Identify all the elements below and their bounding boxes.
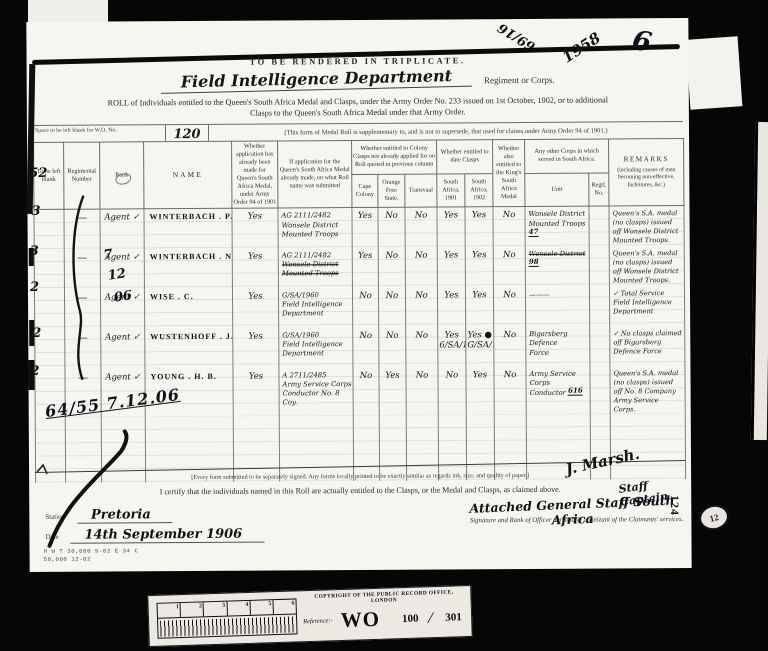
date-value-handwritten: 14th September 1906 (70, 527, 264, 544)
pro-reference-stamp: 1 2 3 4 5 6 COPYRIGHT OF THE PUBLIC RECO… (147, 585, 472, 647)
cell-regimental-number: — (64, 290, 100, 330)
header-remarks-subtitle: (including causes of men becoming non-ef… (610, 167, 682, 190)
date-label: Date (45, 533, 58, 541)
ruler-number: 1 (158, 603, 182, 618)
header-cape-colony: Cape Colony (352, 174, 378, 208)
cell-name: WUSTENHOFF . J.F. (145, 329, 233, 370)
ruler-number: 5 (250, 600, 274, 615)
scan-paper-edge (686, 36, 743, 109)
ruler-scale: 1 2 3 4 5 6 (157, 598, 298, 638)
scan-adjacent-page-sliver (751, 122, 768, 440)
cell-name: WINTERBACH . P. (144, 209, 232, 250)
cell-orange-free-state: Yes (379, 368, 406, 416)
stamp-reference-block: COPYRIGHT OF THE PUBLIC RECORD OFFICE, L… (296, 586, 471, 641)
cell-transvaal: No (405, 207, 437, 247)
cell-sa-1901: Yes (437, 287, 465, 327)
unit-number-note: 47 (529, 227, 539, 237)
station-row: Station Pretoria (45, 507, 172, 523)
margin-date-month: 12 (107, 266, 127, 283)
cell-transvaal: No (406, 367, 438, 415)
cell-regtl-no (589, 206, 609, 246)
header-sa-1902: South Africa, 1902 (465, 173, 493, 207)
medal-roll-page: 69/16 1958 6 52 3 3 2 2 2 7 12 06 64/55 … (26, 18, 691, 572)
reference-series: WO (340, 607, 380, 633)
cell-regtl-no (589, 246, 609, 286)
roll-text: AG 2111/2482 (282, 251, 331, 259)
printer-marks-line2: 50,000 12-02 (44, 556, 139, 565)
header-remarks-title: REMARKS (610, 155, 682, 165)
header-other-corps-group: Any other Corps in which served in South… (525, 139, 609, 173)
reference-piece-number: 100 (402, 612, 419, 625)
cell-roll-submitted: G/SA/1960 Field Intelligence Department (279, 328, 353, 368)
cell-name: WINTERBACH . N.J.V.B.W. (144, 249, 232, 290)
regiment-or-corps-label: Regiment or Corps. (484, 75, 555, 85)
cell-regtl-no (590, 326, 610, 366)
cell-ksa-medal: No (494, 367, 526, 415)
ruler-ticks (160, 617, 294, 637)
certification-footer: [Every form submitted to be separately s… (29, 464, 692, 572)
ruler-number: 4 (227, 601, 251, 616)
cell-transvaal: No (406, 327, 438, 367)
ruler-number: 2 (181, 602, 205, 617)
margin-number: 2 (30, 280, 39, 295)
officer-unit-handwritten: Attached General Staff South Africa (457, 492, 688, 531)
cell-orange-free-state: No (378, 248, 405, 288)
unit-number-note: 616 (568, 386, 583, 396)
unit-text: Wonsele District Mounted Troops (529, 210, 586, 228)
cell-cape-colony: No (352, 288, 378, 328)
cell-remarks: ✓ Total Service Field Intelligence Depar… (609, 286, 684, 326)
pro-copyright-line: COPYRIGHT OF THE PUBLIC RECORD OFFICE, L… (302, 589, 465, 606)
cell-orange-free-state: No (378, 208, 405, 248)
cell-application-made: Yes (233, 368, 279, 416)
reference-item-number: 301 (445, 611, 462, 624)
cell-application-made: Yes (233, 328, 279, 368)
reference-label: Reference:- (303, 617, 333, 625)
cell-regtl-no (590, 366, 610, 414)
table-row: — Agent ✓ WINTERBACH . P. Yes AG 2111/24… (34, 206, 684, 250)
reference-slash: / (427, 607, 435, 628)
table-row: — Agent ✓ WUSTENHOFF . J.F. Yes G/SA/196… (35, 326, 685, 370)
cell-sa-1901: Yes 6/SA/1748 (438, 327, 466, 367)
cell-remarks: Queen's S.A. medal (no clasps) issued of… (609, 246, 684, 286)
cell-unit: Wonsele District 98 (525, 247, 589, 287)
cell-regimental-number: — (65, 330, 101, 370)
cell-transvaal: No (405, 287, 437, 327)
cell-sa-1902: Yes ● G/SA/1913 (466, 327, 494, 367)
wo-number-handwritten: 120 (173, 127, 200, 142)
cell-transvaal: No (405, 247, 437, 287)
cell-ksa-medal: No (494, 327, 526, 367)
wo-space-note: Space to be left blank for W.O. No. (33, 125, 165, 142)
cell-roll-submitted: AG 2111/2482Wonsele District Mounted Tro… (278, 248, 352, 288)
cell-cape-colony: Yes (352, 248, 378, 288)
cell-roll-submitted: AG 2111/2482 Wonsele District Mounted Tr… (278, 208, 352, 248)
cell-sa-1901: Yes (437, 207, 465, 247)
station-label: Station (45, 513, 65, 521)
cell-application-made: Yes (232, 248, 278, 288)
cell-sa-1901: Yes (437, 247, 465, 287)
cell-rank: Agent ✓ (100, 209, 144, 249)
margin-number: 2 (32, 326, 41, 341)
printer-marks: H W T 30,000 9-02 E 34 C 50,000 12-02 (44, 547, 139, 564)
ruler-number: 6 (273, 599, 296, 614)
cell-application-made: Yes (232, 208, 278, 248)
margin-date-day: 7 (103, 247, 114, 263)
margin-date-year: 06 (113, 288, 133, 305)
table-row: — Agent ✓ WINTERBACH . N.J.V.B.W. Yes AG… (34, 246, 684, 290)
cell-unit: Bigarsberg Defence Force (526, 327, 590, 367)
cell-sa-1901: No (438, 367, 466, 415)
printer-marks-line1: H W T 30,000 9-02 E 34 C (44, 547, 139, 556)
header-unit: Unit (525, 173, 589, 207)
cell-unit: Wonsele District Mounted Troops 47 (525, 207, 589, 247)
cell-ksa-medal: No (493, 247, 525, 287)
header-transvaal: Transvaal (405, 174, 437, 208)
cell-cape-colony: No (353, 368, 379, 416)
medal-roll-table: To be left blank Regimental Number Rank … (33, 138, 686, 483)
cell-sa-1902: Yes (465, 287, 493, 327)
cell-sa-1902: Yes (465, 207, 493, 247)
cell-regimental-number: — (64, 250, 100, 290)
header-remarks: REMARKS (including causes of men becomin… (609, 138, 684, 206)
header-date-clasps-group: Whether entitled to date Clasps (437, 140, 493, 174)
unit-text: Bigarsberg Defence Force (529, 330, 567, 358)
header-sa-1901: South Africa, 1901 (437, 174, 465, 208)
circled-number-note: 12 (696, 502, 731, 534)
header-name: NAME (144, 141, 232, 209)
reference-row: Reference:- WO 100 / 301 (303, 604, 467, 634)
cell-regimental-number: — (64, 210, 100, 250)
cell-remarks: Queen's S.A. medal (no clasps) issued of… (609, 206, 684, 246)
ruler-numbers: 1 2 3 4 5 6 (158, 599, 296, 618)
folio-number-stamp: 124 (667, 495, 682, 516)
regiment-row: Field Intelligence Department Regiment o… (33, 67, 683, 92)
cell-regtl-no (589, 286, 609, 326)
cell-cape-colony: No (353, 328, 379, 368)
cell-application-made: Yes (232, 288, 278, 328)
supplementary-note: (This form of Medal Roll is supplementar… (209, 122, 683, 141)
roll-title: ROLL of Individuals entitled to the Quee… (33, 94, 683, 121)
header-regtl-no: Regtl. No. (589, 173, 609, 207)
header-orange-free-state: Orange Free State, (378, 174, 405, 208)
cell-sa-1902: Yes (466, 367, 494, 415)
cell-name: WISE . C. (144, 289, 232, 330)
scanned-document-page: { "annotations": { "top1": "69/16", "top… (0, 0, 768, 651)
unit-number-note: 98 (529, 257, 539, 267)
cell-unit: ——— (525, 287, 589, 327)
form-content: TO BE RENDERED IN TRIPLICATE. Field Inte… (32, 18, 685, 483)
wo-number-box: 120 (165, 125, 209, 141)
cell-ksa-medal: No (493, 287, 525, 327)
cell-sa-1902: Yes (465, 247, 493, 287)
cell-remarks: Queen's S.A. medal (no clasps) issued of… (610, 366, 685, 414)
station-value-handwritten: Pretoria (77, 507, 173, 524)
header-roll-submitted: If application for the Queen's South Afr… (278, 141, 352, 209)
cell-roll-submitted: G/SA/1960 Field Intelligence Department (278, 288, 352, 328)
header-colony-clasps-group: Whether entitled to Colony Clasps not al… (352, 140, 437, 174)
regiment-name-handwritten: Field Intelligence Department (160, 66, 472, 94)
cell-roll-submitted: A 2711/2485 Army Service Corps Conductor… (279, 368, 353, 416)
header-ksa-medal: Whether also entitled to the King's Sout… (493, 139, 525, 207)
margin-number: 3 (30, 244, 39, 259)
header-regimental-number: Regimental Number (64, 142, 100, 210)
cell-ksa-medal: No (493, 207, 525, 247)
cell-orange-free-state: No (378, 288, 405, 328)
cell-blank (34, 290, 64, 330)
header-application-made: Whether application has already been mad… (232, 141, 278, 209)
cell-rank: Agent ✓ (101, 329, 145, 369)
cell-orange-free-state: No (379, 328, 406, 368)
unit-text: ——— (529, 291, 549, 299)
table-row: — Agent ✓ WISE . C. Yes G/SA/1960 Field … (34, 286, 684, 330)
cell-remarks: ✓ No clasps claimed off Bigarsberg Defen… (610, 326, 685, 366)
roll-text-struck: Wonsele District Mounted Troops (282, 260, 339, 278)
date-row: Date 14th September 1906 (45, 527, 264, 543)
cell-cape-colony: Yes (352, 208, 378, 248)
cell-unit: Army Service Corps Conductor 616 (526, 367, 590, 415)
ruler-number: 3 (204, 602, 228, 617)
margin-number: 2 (30, 364, 39, 379)
